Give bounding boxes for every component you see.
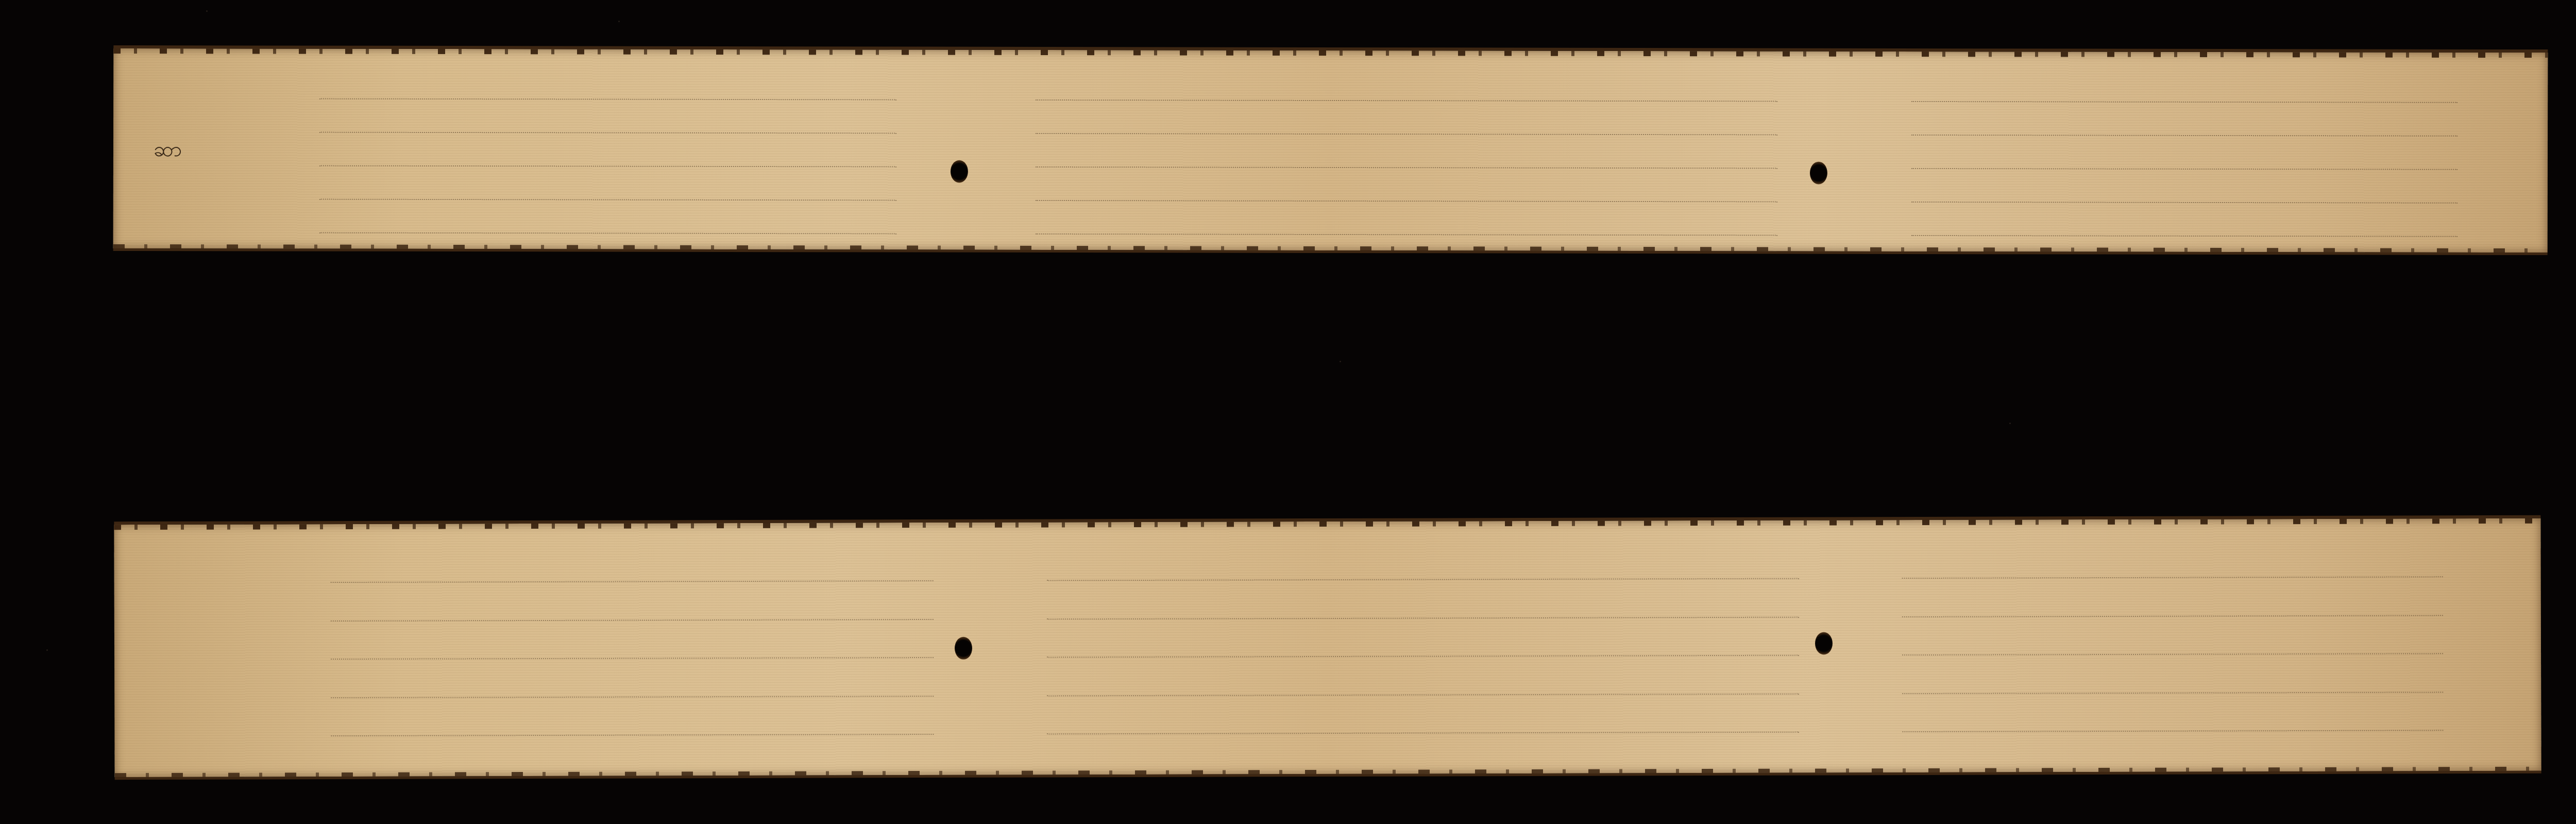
manuscript-line: ........................................… bbox=[1047, 558, 1799, 581]
manuscript-line: ........................................… bbox=[319, 146, 896, 167]
manuscript-line: ........................................… bbox=[1036, 113, 1777, 136]
palm-leaf-bottom: ........................................… bbox=[114, 515, 2541, 780]
text-column-right: ........................................… bbox=[1911, 81, 2458, 237]
manuscript-line: ........................................… bbox=[1047, 634, 1799, 658]
manuscript-line: ........................................… bbox=[1036, 80, 1777, 102]
binding-hole-right bbox=[1810, 162, 1827, 184]
dust-speck bbox=[2009, 423, 2011, 424]
manuscript-line: ........................................… bbox=[331, 713, 934, 736]
manuscript-line: ....................................... bbox=[1902, 632, 2443, 655]
manuscript-line: ........................................… bbox=[319, 112, 896, 134]
manuscript-line: ........................................… bbox=[1047, 711, 1799, 735]
manuscript-line: ........................................… bbox=[1902, 594, 2443, 617]
manuscript-line: ........................................… bbox=[319, 213, 896, 234]
manuscript-line: ........................................… bbox=[1911, 81, 2458, 103]
text-column-right: ........................................… bbox=[1902, 556, 2444, 732]
manuscript-line: ....................................... bbox=[331, 675, 934, 698]
manuscript-line: ...................................... bbox=[331, 598, 934, 621]
manuscript-line: ........................................… bbox=[1047, 672, 1799, 696]
manuscript-line: ....................................... bbox=[1902, 671, 2443, 694]
binding-hole-right bbox=[1815, 632, 1833, 654]
dust-speck bbox=[1340, 361, 1341, 362]
binding-hole-left bbox=[951, 160, 968, 183]
manuscript-line: ........................................… bbox=[1036, 214, 1777, 236]
manuscript-line: ....................................... bbox=[331, 636, 934, 660]
manuscript-line: ........................................… bbox=[331, 560, 934, 583]
manuscript-line: ........................................… bbox=[319, 79, 896, 100]
text-column-left: ........................................… bbox=[331, 560, 934, 736]
manuscript-line: ........................................… bbox=[1036, 180, 1777, 203]
dust-speck bbox=[46, 649, 48, 651]
dust-speck bbox=[206, 10, 208, 12]
dust-speck bbox=[618, 21, 620, 22]
binding-hole-left bbox=[955, 637, 972, 660]
text-column-left: ........................................… bbox=[319, 79, 897, 234]
manuscript-line: ........................................… bbox=[1911, 115, 2458, 137]
text-column-middle: ........................................… bbox=[1036, 80, 1778, 236]
manuscript-line: ........................................… bbox=[1036, 147, 1777, 169]
manuscript-line: ........................................… bbox=[1911, 182, 2458, 204]
manuscript-line: ........................................… bbox=[319, 179, 896, 201]
manuscript-line: ........................................… bbox=[1902, 556, 2443, 579]
manuscript-line: ........................................… bbox=[1047, 596, 1799, 619]
manuscript-line: ........................................… bbox=[1902, 709, 2443, 732]
text-column-middle: ........................................… bbox=[1047, 558, 1800, 735]
palm-leaf-top: ဆာ .....................................… bbox=[113, 45, 2548, 255]
manuscript-line: ........................................… bbox=[1911, 215, 2458, 237]
manuscript-line: ........................................… bbox=[1911, 148, 2458, 170]
folio-marker: ဆာ bbox=[154, 136, 183, 166]
